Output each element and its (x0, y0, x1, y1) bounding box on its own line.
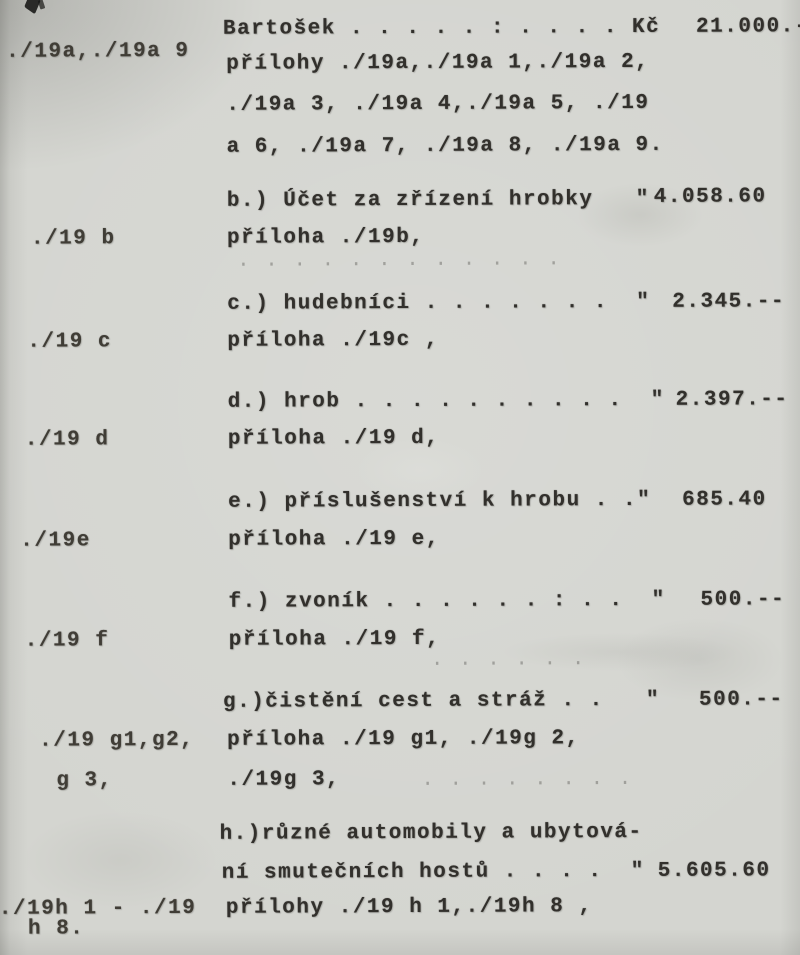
entry-h-line-2: ní smutečních hostů . . . . " (222, 861, 645, 884)
entry-f-line-2: příloha ./19 f, (229, 629, 441, 651)
entry-c-margin-note: ./19 c (27, 331, 112, 352)
entry-b-margin-note: ./19 b (31, 228, 116, 249)
entry-g-amount: 500.-- (699, 689, 784, 710)
entry-c-line-1: c.) hudebníci . . . . . . . " (227, 292, 650, 315)
entry-f-line-1: f.) zvoník . . . . . . : . . " (228, 590, 665, 613)
entry-h-margin-note-2: h 8. (28, 918, 85, 939)
entry-a-line-1: Bartošek . . . . . : . . . . Kč (223, 17, 660, 40)
entry-g-line-2: příloha ./19 g1, ./19g 2, (227, 728, 580, 751)
entry-g-line-3: ./19g 3, (227, 769, 340, 790)
entry-g-margin-note-1: ./19 g1,g2, (39, 730, 194, 752)
ghost-dots: . . . . . . . . (421, 769, 633, 791)
entry-f-margin-note: ./19 f (25, 630, 110, 651)
entry-d-margin-note: ./19 d (25, 429, 110, 450)
entry-a-margin-note: ./19a,./19a 9 (6, 41, 189, 63)
entry-a-line-3: ./19a 3, ./19a 4,./19a 5, ./19 (226, 93, 649, 116)
scanned-document-page: Bartošek . . . . . : . . . . Kč 21.000.-… (0, 0, 800, 955)
entry-c-amount: 2.345.-- (672, 291, 785, 312)
entry-c-line-2: příloha ./19c , (227, 330, 439, 352)
entry-d-line-2: příloha ./19 d, (228, 428, 440, 450)
entry-f-amount: 500.-- (700, 589, 785, 610)
entry-g-line-1: g.)čistění cest a stráž . . " (223, 690, 660, 713)
entry-h-amount: 5.605.60 (658, 860, 771, 881)
entry-b-amount: 4.058.60 (654, 186, 767, 207)
entry-h-line-1: h.)různé automobily a ubytová- (220, 822, 643, 845)
entry-e-amount: 685.40 (682, 489, 767, 510)
entry-e-line-1: e.) příslušenství k hrobu . ." (228, 490, 651, 513)
ghost-dots: . . . . . . (431, 649, 586, 671)
entry-b-line-1: b.) Účet za zřízení hrobky " (227, 189, 650, 212)
entry-e-margin-note: ./19e (20, 530, 91, 551)
entry-g-margin-note-2: g 3, (56, 770, 113, 791)
entry-h-margin-note-1: ./19h 1 - ./19 (0, 898, 196, 920)
entry-e-line-2: příloha ./19 e, (228, 529, 440, 551)
entry-a-line-2: přílohy ./19a,./19a 1,./19a 2, (226, 52, 649, 75)
ghost-dots: . . . . . . . . . . . . (237, 249, 561, 271)
entry-b-line-2: příloha ./19b, (227, 227, 425, 249)
entry-a-line-4: a 6, ./19a 7, ./19a 8, ./19a 9. (227, 135, 664, 158)
entry-d-line-1: d.) hrob . . . . . . . . . . " (228, 390, 665, 413)
entry-d-amount: 2.397.-- (676, 389, 789, 410)
entry-a-amount: 21.000.-- (696, 16, 800, 38)
entry-h-line-3: přílohy ./19 h 1,./19h 8 , (226, 896, 593, 919)
document-text-layer: Bartošek . . . . . : . . . . Kč 21.000.-… (0, 0, 800, 955)
